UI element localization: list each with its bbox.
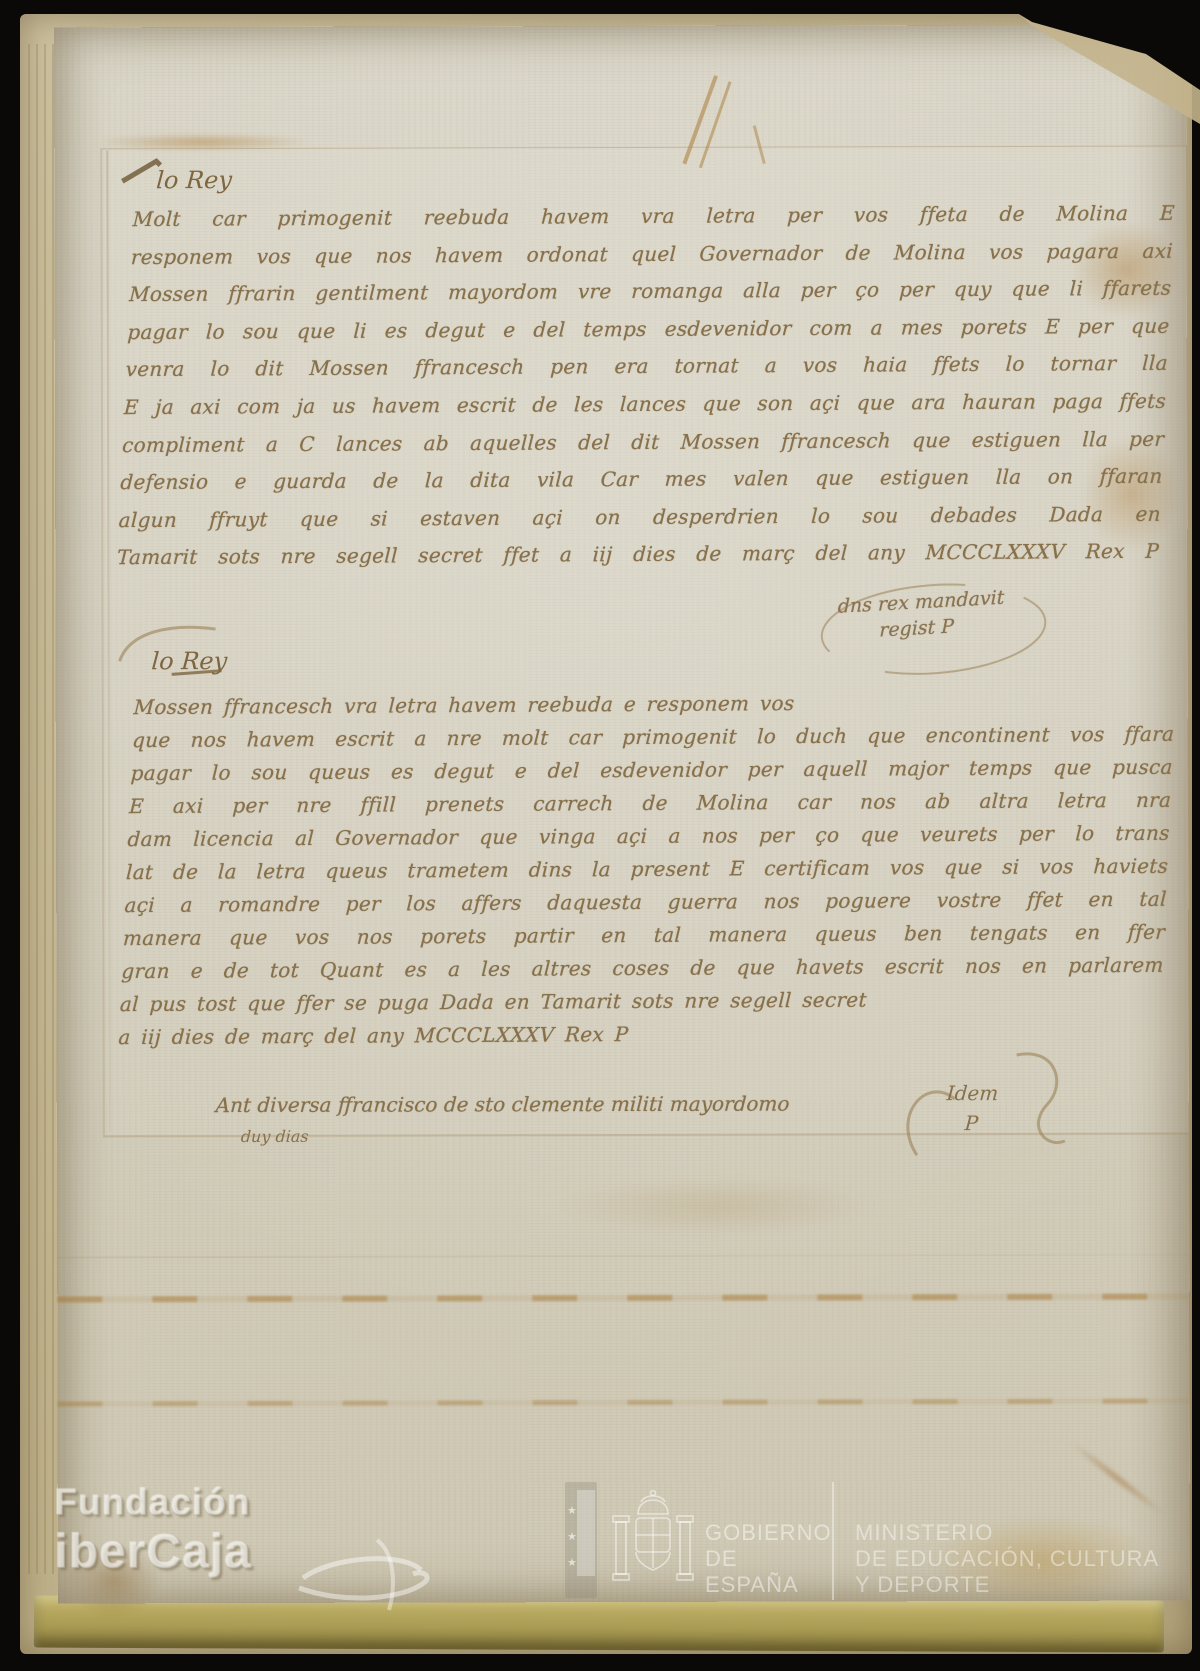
letter2-body: Mossen ffrancesch vra letra havem reebud… [118,685,1177,1054]
manuscript-page: lo Rey Molt car primogenit reebuda havem… [54,25,1190,1604]
ibercaja-foundation-label: Fundación [55,1482,252,1524]
gobierno-label: GOBIERNO DE ESPAÑA [705,1520,832,1598]
stain [557,1175,877,1236]
manuscript-line: pagar lo sou que li es degut e del temps… [127,308,1171,352]
manuscript-line: compliment a C lances ab aquelles del di… [121,420,1165,464]
letter1-body: Molt car primogenit reebuda havem vra le… [116,195,1176,577]
docket-line: Ant diversa ffrancisco de sto clemente m… [215,1092,790,1118]
fold-crease [58,1399,1190,1407]
stain [1068,1439,1168,1519]
docket-signature-line: Idem [946,1081,999,1105]
manuscript-line: responem vos que nos havem ordonat quel … [130,232,1174,276]
manuscript-photograph: lo Rey Molt car primogenit reebuda havem… [0,0,1200,1671]
spain-coat-of-arms-icon [608,1488,698,1598]
watermark-divider [832,1482,834,1600]
manuscript-line: E ja axi com ja us havem escrit de les l… [123,383,1167,427]
manuscript-line: algun ffruyt que si estaven açi on despe… [118,496,1162,540]
ministerio-line: Y DEPORTE [855,1572,1159,1598]
ministerio-line: MINISTERIO [855,1520,1159,1546]
sheet-edge-line [57,1254,1189,1259]
manuscript-line: Tamarit sots nre segell secret ffet a ii… [116,533,1160,577]
docket-signature: Idem P [944,1081,999,1135]
manuscript-line: defensio e guarda de la dita vila Car me… [120,458,1164,502]
ibercaja-swan-icon [293,1526,433,1616]
manuscript-line: gran e de tot Quant es a les altres cose… [121,949,1165,988]
manuscript-line: Molt car primogenit reebuda havem vra le… [132,195,1176,239]
gobierno-line: GOBIERNO [705,1520,832,1546]
ibercaja-brand-label: iberCaja [55,1525,252,1580]
manuscript-line: venra lo dit Mossen ffrancesch pen era t… [125,345,1169,389]
docket-signature-line: P [964,1111,997,1135]
flag-stars: ★★★ [567,1498,577,1576]
docket-note: duy dias [240,1127,309,1146]
spain-flag-badge: ★★★ [565,1482,597,1598]
letter1-heading: lo Rey [155,166,232,194]
folio-slash-mark [614,60,784,180]
ministerio-line: DE EDUCACIÓN, CULTURA [855,1546,1159,1572]
manuscript-line: Mossen ffrarin gentilment mayordom vre r… [128,270,1172,314]
ministerio-label: MINISTERIO DE EDUCACIÓN, CULTURA Y DEPOR… [855,1520,1159,1598]
flag-inner-stripe [577,1490,595,1576]
parchment-bottom-edge [34,1596,1164,1653]
fold-crease [57,1294,1189,1303]
gobierno-line: DE ESPAÑA [705,1546,832,1598]
chancery-registration-note: dns rex mandavit regist P [837,587,1004,644]
ibercaja-watermark: Fundación iberCaja [55,1482,252,1580]
